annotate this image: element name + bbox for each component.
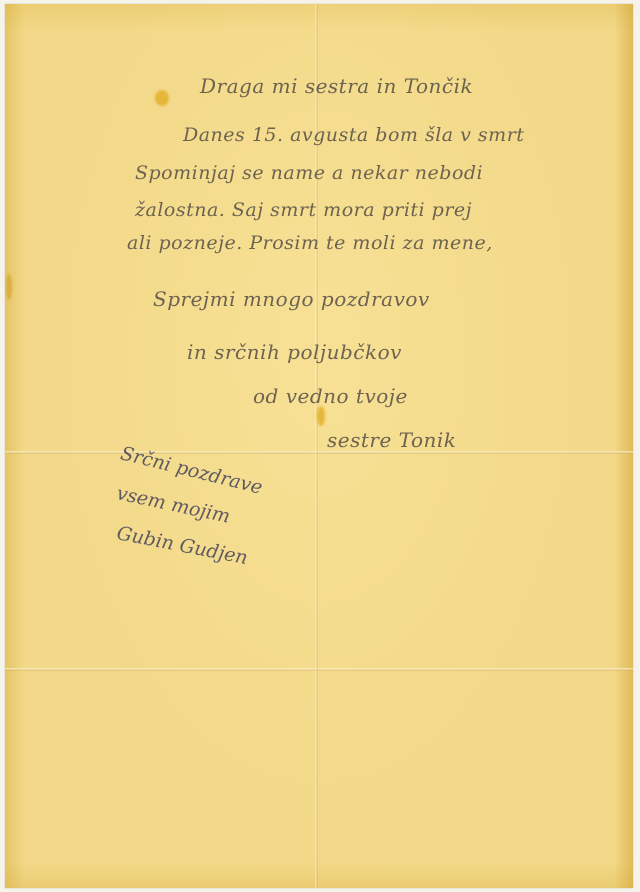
body-line-4: ali pozneje. Prosim te moli za mene, [127, 232, 493, 254]
lower-fold-crease [5, 668, 633, 671]
salutation: Draga mi sestra in Tončik [200, 74, 473, 98]
closing-line-2: in srčnih poljubčkov [187, 340, 402, 364]
postscript-line-3: Gubin Gudjen [115, 522, 250, 569]
closing-line-1: Sprejmi mnogo pozdravov [153, 287, 430, 311]
postscript-line-2: vsem mojim [115, 482, 232, 527]
signature: sestre Tonik [327, 428, 456, 452]
stain-mark [155, 90, 169, 106]
horizontal-fold-crease [5, 451, 633, 454]
letter-paper: Draga mi sestra in Tončik Danes 15. avgu… [5, 4, 633, 888]
body-line-3: žalostna. Saj smrt mora priti prej [135, 199, 472, 221]
stain-mark [317, 406, 325, 426]
body-line-1: Danes 15. avgusta bom šla v smrt [183, 124, 524, 146]
body-line-2: Spominjaj se name a nekar nebodi [135, 162, 483, 184]
stain-mark [6, 274, 12, 300]
closing-line-3: od vedno tvoje [253, 384, 408, 408]
